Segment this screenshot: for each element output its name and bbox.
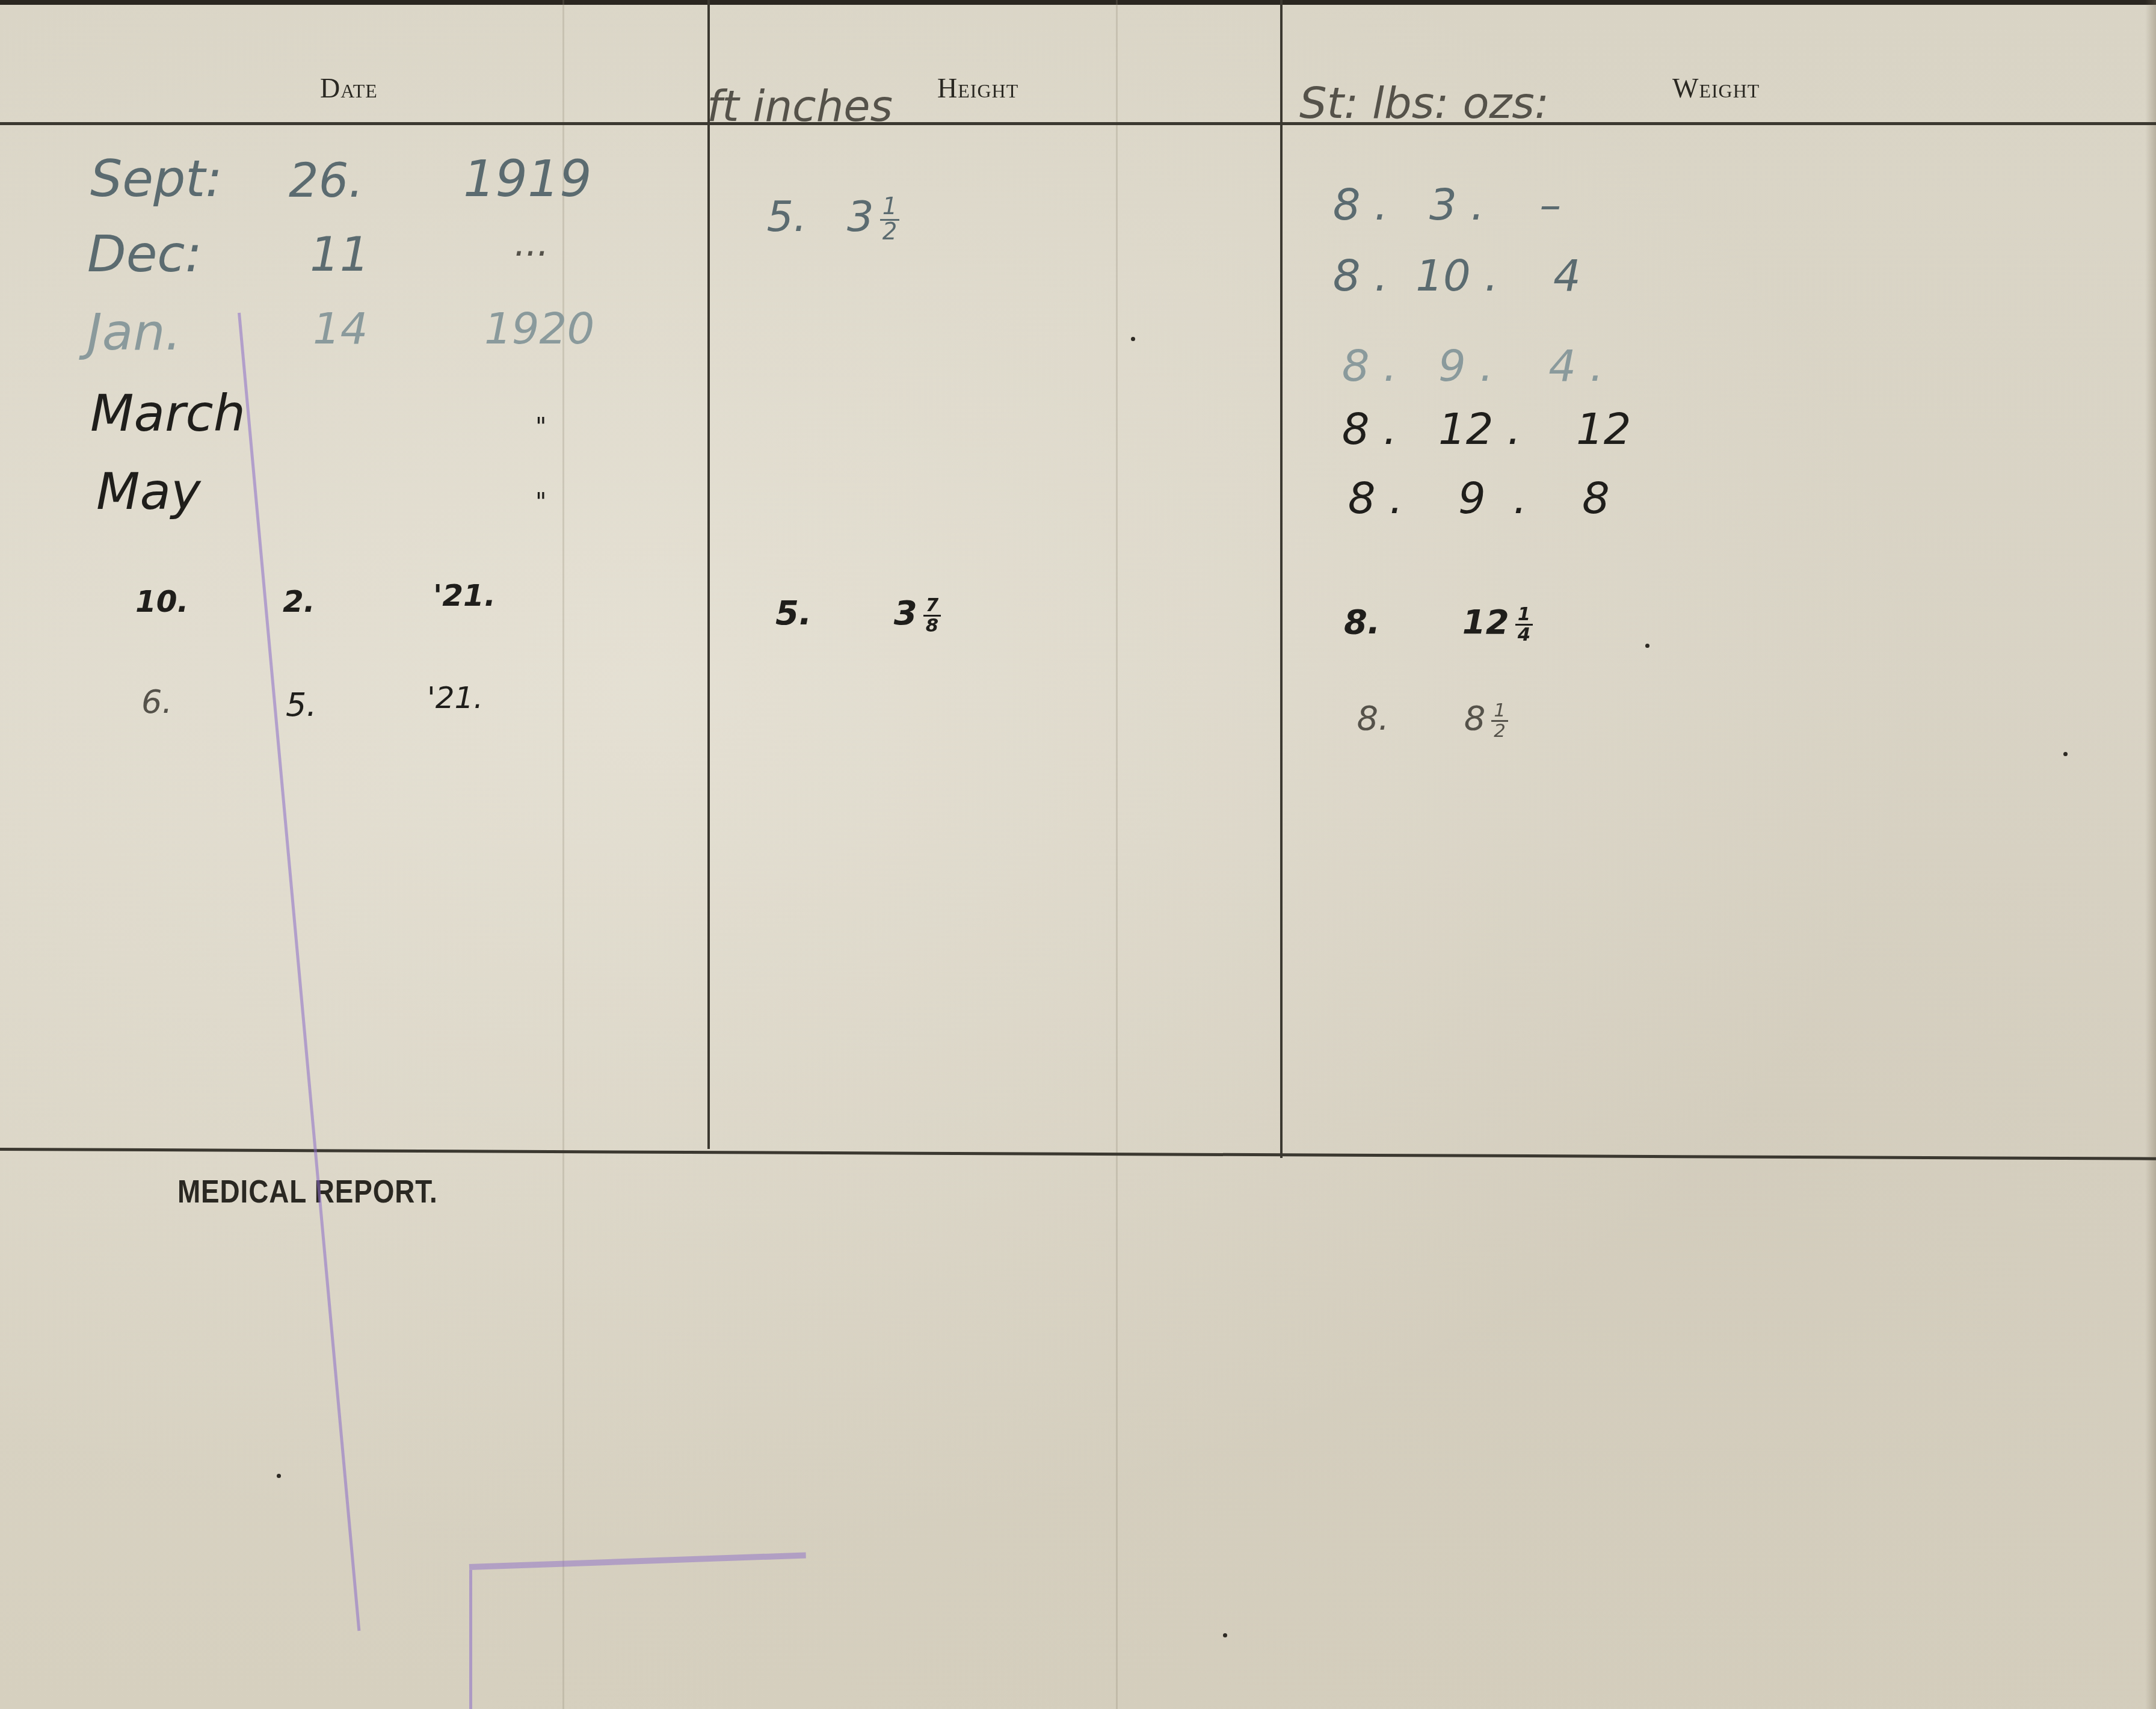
column-header-height: Height <box>937 72 1018 104</box>
height-weight-divider <box>1280 0 1283 1158</box>
row1-date-day: 26. <box>289 158 363 205</box>
row2-date-month: Dec: <box>87 229 202 279</box>
row7-date-day: 6. <box>141 686 173 718</box>
row6-date-month: 2. <box>283 587 315 617</box>
row2-weight-lbs: 10 <box>1415 250 1471 301</box>
row6-weight-st: 8. <box>1344 603 1380 642</box>
row7-date-month: 5. <box>286 689 317 721</box>
row2-weight-st: 8 <box>1333 250 1361 301</box>
row6-weight: 8. 1214 <box>1320 571 1533 644</box>
row2-date-day: 11 <box>310 232 369 279</box>
weight-units-handwritten: St: lbs: ozs: <box>1299 81 1549 125</box>
row2-date-year-ditto: ... <box>514 226 549 262</box>
row6-height-ft: 5. <box>775 594 812 633</box>
card-top-edge <box>0 0 2156 5</box>
column-header-date: Date <box>320 72 378 104</box>
ink-speck <box>1223 1633 1227 1637</box>
row6-weight-fraction: 14 <box>1515 605 1533 644</box>
row6-height-fraction: 78 <box>923 596 941 635</box>
row3-date-month: Jan. <box>87 307 181 357</box>
card-right-edge <box>2145 0 2156 1709</box>
row5-weight-lbs: 9 <box>1458 473 1486 523</box>
row6-height-in: 3 <box>894 594 917 633</box>
column-header-weight: Weight <box>1672 72 1760 104</box>
row3-date-year: 1920 <box>484 307 594 350</box>
row1-date-year: 1919 <box>463 153 592 204</box>
row1-height-fraction: 12 <box>880 196 900 244</box>
row5-date-ditto: " <box>535 490 546 514</box>
row6-date-day: 10. <box>135 587 189 617</box>
ink-speck <box>277 1474 281 1478</box>
row6-height: 5. 378 <box>752 562 941 635</box>
row5-weight-ozs: 8 <box>1582 473 1610 523</box>
ink-speck <box>1645 644 1649 648</box>
ink-speck <box>1131 337 1135 341</box>
ink-speck <box>2063 752 2068 756</box>
medical-report-title: MEDICAL REPORT. <box>177 1173 438 1210</box>
row2-weight-ozs: 4 <box>1553 250 1581 301</box>
date-height-divider <box>707 0 710 1149</box>
row4-date-month: March <box>90 388 245 439</box>
row7-weight-fraction: 12 <box>1491 701 1508 741</box>
row1-date-month: Sept: <box>90 153 223 204</box>
row1-height: 5. 312 <box>740 153 899 244</box>
purple-crayon-bracket-vertical <box>469 1570 472 1709</box>
row6-weight-lbs: 12 <box>1462 603 1509 642</box>
row1-height-ft: 5. <box>767 192 807 241</box>
height-units-handwritten: ft inches <box>707 84 893 128</box>
row6-date-year: '21. <box>433 580 496 611</box>
row5-weight-st: 8 <box>1348 473 1376 523</box>
row7-weight: 8. 812 <box>1335 668 1508 741</box>
row1-height-in: 3 <box>847 192 874 241</box>
row7-weight-st: 8. <box>1357 699 1389 738</box>
row5-weight: 8 . 9 . 8 <box>1320 433 1610 520</box>
row3-date-day: 14 <box>313 307 368 350</box>
row7-weight-lbs: 8 <box>1464 699 1486 738</box>
row2-weight: 8 . 10 . 4 <box>1305 211 1581 297</box>
row5-date-month: May <box>96 466 201 517</box>
row7-date-year: '21. <box>427 683 483 713</box>
medical-report-body <box>60 1239 2105 1660</box>
header-rule <box>0 122 2156 125</box>
row4-date-ditto: " <box>535 415 546 439</box>
